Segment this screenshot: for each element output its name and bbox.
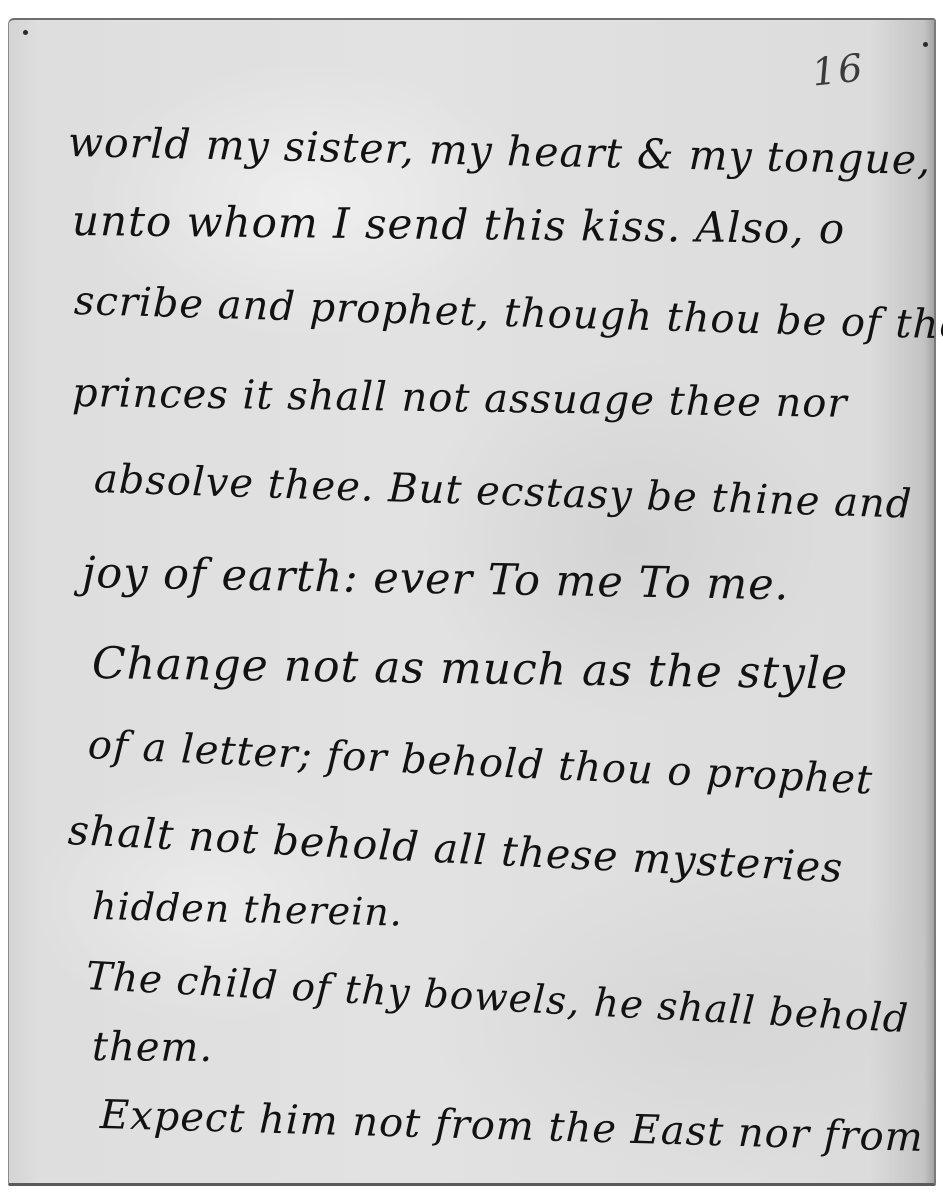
punch-hole-top-left bbox=[23, 30, 28, 35]
manuscript-line-10: hidden therein. bbox=[92, 884, 404, 935]
punch-hole-top-right bbox=[923, 42, 928, 47]
manuscript-line-7: Change not as much as the style bbox=[92, 638, 849, 700]
manuscript-line-12: them. bbox=[92, 1024, 214, 1071]
manuscript-line-2: unto whom I send this kiss. Also, o bbox=[72, 196, 846, 253]
page-number: 16 bbox=[810, 45, 867, 94]
